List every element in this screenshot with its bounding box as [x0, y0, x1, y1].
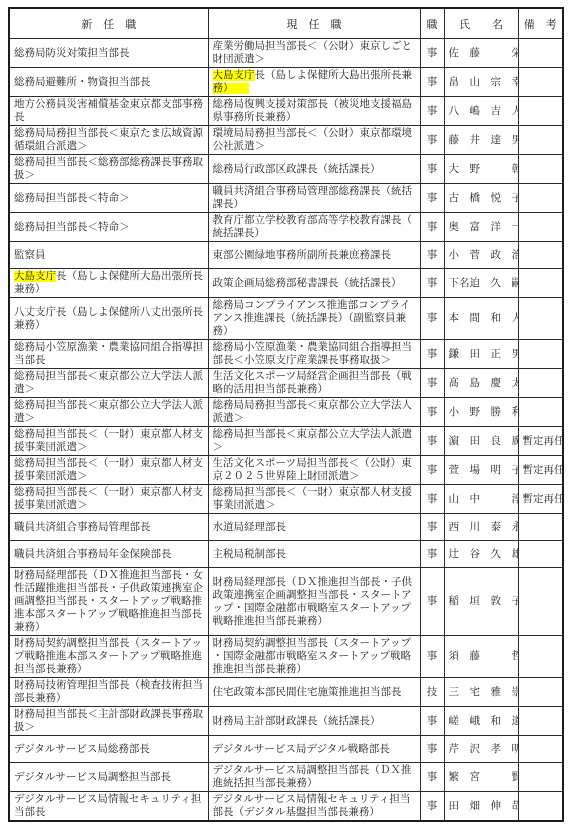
- text-segment: デジタルサービス局調整担当部長（ＤＸ推進統括担当部長兼務）: [213, 765, 412, 789]
- text-segment: デジタルサービス局デジタル戦略部長: [213, 744, 390, 755]
- note-cell: [518, 736, 563, 763]
- text-segment: 職員共済組合事務局年金保険部長: [14, 549, 172, 560]
- note-cell: [518, 792, 563, 822]
- current-post-cell: 財務局主計部財政課長（統括課長）: [208, 707, 420, 736]
- current-post-cell: 水道局経理部長: [208, 514, 420, 541]
- table-row: 総務局担当部長＜東京都公立大学法人派遣＞総務局局務担当部長＜東京都公立大学法人派…: [9, 398, 563, 427]
- current-post-cell: 教育庁都立学校教育部高等学校教育課長（統括課長）: [208, 213, 420, 242]
- rank-cell: 事: [420, 485, 444, 514]
- text-segment: 総務局避難所・物資担当部長: [14, 77, 151, 88]
- new-post-cell: 職員共済組合事務局年金保険部長: [9, 541, 208, 568]
- rank-cell: 事: [420, 155, 444, 184]
- name-cell: 繁 宮 賢: [444, 763, 518, 792]
- rank-cell: 事: [420, 568, 444, 636]
- header-current-post: 現 任 職: [208, 8, 420, 39]
- table-row: 八丈支庁長（島しよ保健所八丈出張所長兼務）総務局コンプライアンス推進部コンプライ…: [9, 298, 563, 340]
- text-segment: 東部公園緑地事務所副所長兼庶務課長: [213, 250, 392, 261]
- name-cell: 古 橋 悦 子: [444, 184, 518, 213]
- name-cell: 畠 山 宗 幸: [444, 68, 518, 97]
- new-post-cell: 監察員: [9, 242, 208, 269]
- note-cell: [518, 763, 563, 792]
- note-cell: [518, 242, 563, 269]
- text-segment: 総務局復興支援対策部長（被災地支援福島県事務所長兼務）: [213, 99, 413, 123]
- table-row: 総務局担当部長＜特命＞教育庁都立学校教育部高等学校教育課長（統括課長）事奥 富 …: [9, 213, 563, 242]
- highlighted-text: 大島支庁: [213, 70, 255, 81]
- rank-cell: 事: [420, 184, 444, 213]
- new-post-cell: 総務局小笠原漁業・農業協同組合指導担当部長: [9, 340, 208, 369]
- new-post-cell: 総務局担当部長＜（一財）東京都人材支援事業団派遣＞: [9, 427, 208, 456]
- table-row: 地方公務員災害補償基金東京都支部事務長総務局復興支援対策部長（被災地支援福島県事…: [9, 97, 563, 126]
- new-post-cell: 八丈支庁長（島しよ保健所八丈出張所長兼務）: [9, 298, 208, 340]
- current-post-cell: 生活文化スポーツ局経営企画担当部長（戦略的活用担当部長兼務）: [208, 369, 420, 398]
- text-segment: デジタルサービス局情報セキュリティ担当部長（デジタル基盤担当部長兼務）: [213, 794, 411, 818]
- current-post-cell: 総務局コンプライアンス推進部コンプライアンス推進課長（統括課長）（副監察員兼務）: [208, 298, 420, 340]
- rank-cell: 事: [420, 541, 444, 568]
- note-cell: [518, 340, 563, 369]
- rank-cell: 事: [420, 707, 444, 736]
- text-segment: 総務局担当部長＜総務部総務課長事務取扱＞: [14, 157, 203, 181]
- table-row: 財務局契約調整担当部長（スタートアップ戦略推進本部スタートアップ戦略推進担当部長…: [9, 636, 563, 678]
- name-cell: 辻 谷 久 雄: [444, 541, 518, 568]
- current-post-cell: 総務局行政部区政課長（統括課長）: [208, 155, 420, 184]
- current-post-cell: 職員共済組合事務局管理部総務課長（統括課長）: [208, 184, 420, 213]
- current-post-cell: 環境局局務担当部長＜（公財）東京都環境公社派遣＞: [208, 126, 420, 155]
- current-post-cell: 生活文化スポーツ局担当部長＜（公財）東京２０２５世界陸上財団派遣＞: [208, 456, 420, 485]
- current-post-cell: 財務局契約調整担当部長（スタートアップ・国際金融都市戦略室スタートアップ戦略推進…: [208, 636, 420, 678]
- current-post-cell: 財務局経理部長（ＤＸ推進担当部長・子供政策連携室企画調整担当部長・スタートアップ…: [208, 568, 420, 636]
- text-segment: 総務局局務担当部長＜東京たま広域資源循環組合派遣＞: [14, 128, 203, 152]
- note-cell: [518, 568, 563, 636]
- rank-cell: 事: [420, 398, 444, 427]
- name-cell: 西 川 泰 永: [444, 514, 518, 541]
- note-cell: [518, 369, 563, 398]
- new-post-cell: 財務局経理部長（ＤＸ推進担当部長・女性活躍推進担当部長・子供政策連携室企画調整担…: [9, 568, 208, 636]
- new-post-cell: デジタルサービス局情報セキュリティ担当部長: [9, 792, 208, 822]
- current-post-cell: デジタルサービス局調整担当部長（ＤＸ推進統括担当部長兼務）: [208, 763, 420, 792]
- header-rank: 職: [420, 8, 444, 39]
- rank-cell: 事: [420, 242, 444, 269]
- new-post-cell: 財務局契約調整担当部長（スタートアップ戦略推進本部スタートアップ戦略推進担当部長…: [9, 636, 208, 678]
- table-row: 総務局小笠原漁業・農業協同組合指導担当部長総務局小笠原漁業・農業協同組合指導担当…: [9, 340, 563, 369]
- text-segment: 総務局コンプライアンス推進部コンプライアンス推進課長（統括課長）（副監察員兼務）: [213, 300, 411, 337]
- rank-cell: 事: [420, 269, 444, 298]
- table-row: 総務局担当部長＜（一財）東京都人材支援事業団派遣＞生活文化スポーツ局担当部長＜（…: [9, 456, 563, 485]
- note-cell: [518, 126, 563, 155]
- name-cell: 八 嶋 吉 人: [444, 97, 518, 126]
- name-cell: 三 宅 雅 崇: [444, 678, 518, 707]
- table-row: 総務局避難所・物資担当部長大島支庁長（島しよ保健所大島出張所長兼務） 事畠 山 …: [9, 68, 563, 97]
- table-row: デジタルサービス局調整担当部長デジタルサービス局調整担当部長（ＤＸ推進統括担当部…: [9, 763, 563, 792]
- text-segment: 総務局局務担当部長＜東京都公立大学法人派遣＞: [213, 400, 413, 424]
- table-row: 財務局経理部長（ＤＸ推進担当部長・女性活躍推進担当部長・子供政策連携室企画調整担…: [9, 568, 563, 636]
- note-cell: 暫定再任用: [518, 427, 563, 456]
- text-segment: 財務局技術管理担当部長（検査技術担当部長兼務）: [14, 680, 203, 704]
- rank-cell: 事: [420, 369, 444, 398]
- rank-cell: 技: [420, 678, 444, 707]
- text-segment: 職員共済組合事務局管理部長: [14, 522, 151, 533]
- current-post-cell: 政策企画局総務部秘書課長（統括課長）: [208, 269, 420, 298]
- document-page: 新 任 職 現 任 職 職 氏 名 備 考 総務局防災対策担当部長産業労働局担当…: [0, 0, 569, 826]
- text-segment: デジタルサービス局情報セキュリティ担当部長: [14, 794, 201, 818]
- current-post-cell: デジタルサービス局デジタル戦略部長: [208, 736, 420, 763]
- name-cell: 須 藤 哲: [444, 636, 518, 678]
- rank-cell: 事: [420, 126, 444, 155]
- text-segment: 総務局防災対策担当部長: [14, 48, 130, 59]
- note-cell: [518, 97, 563, 126]
- text-segment: 総務局小笠原漁業・農業協同組合指導担当部長: [14, 342, 203, 366]
- text-segment: 総務局担当部長＜東京都公立大学法人派遣＞: [14, 400, 203, 424]
- new-post-cell: 総務局避難所・物資担当部長: [9, 68, 208, 97]
- text-segment: 長（島しよ保健所大島出張所長兼: [255, 70, 413, 81]
- text-segment: 財務局担当部長＜主計部財政課長事務取扱＞: [14, 709, 203, 733]
- name-cell: 小 菅 政 治: [444, 242, 518, 269]
- text-segment: 総務局担当部長＜（一財）東京都人材支援事業団派遣＞: [213, 487, 413, 511]
- name-cell: 髙 島 慶 太: [444, 369, 518, 398]
- rank-cell: 事: [420, 763, 444, 792]
- text-segment: 生活文化スポーツ局経営企画担当部長（戦略的活用担当部長兼務）: [213, 371, 412, 395]
- text-segment: 政策企画局総務部秘書課長（統括課長）: [213, 278, 402, 289]
- text-segment: 総務局担当部長＜（一財）東京都人材支援事業団派遣＞: [14, 487, 203, 511]
- text-segment: 環境局局務担当部長＜（公財）東京都環境公社派遣＞: [213, 128, 413, 152]
- header-name: 氏 名: [444, 8, 518, 39]
- new-post-cell: 総務局防災対策担当部長: [9, 39, 208, 68]
- text-segment: 財務局主計部財政課長（統括課長）: [213, 716, 381, 727]
- table-row: 総務局担当部長＜（一財）東京都人材支援事業団派遣＞総務局担当部長＜東京都公立大学…: [9, 427, 563, 456]
- note-cell: 暫定再任用: [518, 456, 563, 485]
- table-row: 総務局担当部長＜（一財）東京都人材支援事業団派遣＞総務局担当部長＜（一財）東京都…: [9, 485, 563, 514]
- new-post-cell: 総務局担当部長＜東京都公立大学法人派遣＞: [9, 369, 208, 398]
- name-cell: 稲 垣 敦 子: [444, 568, 518, 636]
- header-row: 新 任 職 現 任 職 職 氏 名 備 考: [9, 8, 563, 39]
- personnel-transfer-table: 新 任 職 現 任 職 職 氏 名 備 考 総務局防災対策担当部長産業労働局担当…: [8, 7, 564, 822]
- note-cell: [518, 707, 563, 736]
- note-cell: [518, 678, 563, 707]
- new-post-cell: 総務局担当部長＜特命＞: [9, 184, 208, 213]
- name-cell: 本 間 和 人: [444, 298, 518, 340]
- header-new-post: 新 任 職: [9, 8, 208, 39]
- text-segment: 主税局税制部長: [213, 549, 287, 560]
- current-post-cell: 総務局復興支援対策部長（被災地支援福島県事務所長兼務）: [208, 97, 420, 126]
- new-post-cell: 財務局技術管理担当部長（検査技術担当部長兼務）: [9, 678, 208, 707]
- highlighted-text: 務）: [213, 83, 250, 94]
- note-cell: [518, 541, 563, 568]
- name-cell: 山 中 淳: [444, 485, 518, 514]
- new-post-cell: 職員共済組合事務局管理部長: [9, 514, 208, 541]
- rank-cell: 事: [420, 340, 444, 369]
- rank-cell: 事: [420, 97, 444, 126]
- rank-cell: 事: [420, 213, 444, 242]
- rank-cell: 事: [420, 514, 444, 541]
- current-post-cell: 総務局小笠原漁業・農業協同組合指導担当部長＜小笠原支庁産業課長事務取扱＞: [208, 340, 420, 369]
- text-segment: 八丈支庁長（島しよ保健所八丈出張所長兼務）: [14, 307, 203, 331]
- rank-cell: 事: [420, 39, 444, 68]
- table-row: 職員共済組合事務局年金保険部長主税局税制部長事辻 谷 久 雄: [9, 541, 563, 568]
- text-segment: デジタルサービス局総務部長: [14, 744, 150, 755]
- new-post-cell: 総務局局務担当部長＜東京たま広域資源循環組合派遣＞: [9, 126, 208, 155]
- note-cell: [518, 68, 563, 97]
- name-cell: 鎌 田 正 男: [444, 340, 518, 369]
- rank-cell: 事: [420, 636, 444, 678]
- text-segment: 職員共済組合事務局管理部総務課長（統括課長）: [213, 186, 413, 210]
- name-cell: 濵 田 良 廣: [444, 427, 518, 456]
- rank-cell: 事: [420, 427, 444, 456]
- table-row: 総務局担当部長＜東京都公立大学法人派遣＞生活文化スポーツ局経営企画担当部長（戦略…: [9, 369, 563, 398]
- note-cell: [518, 269, 563, 298]
- table-row: 総務局局務担当部長＜東京たま広域資源循環組合派遣＞環境局局務担当部長＜（公財）東…: [9, 126, 563, 155]
- new-post-cell: デジタルサービス局調整担当部長: [9, 763, 208, 792]
- table-row: 大島支庁長（島しよ保健所大島出張所長兼務）政策企画局総務部秘書課長（統括課長）事…: [9, 269, 563, 298]
- name-cell: 佐 藤 栄: [444, 39, 518, 68]
- note-cell: [518, 514, 563, 541]
- name-cell: 芹 沢 孝 明: [444, 736, 518, 763]
- rank-cell: 事: [420, 736, 444, 763]
- table-row: 総務局担当部長＜特命＞職員共済組合事務局管理部総務課長（統括課長）事古 橋 悦 …: [9, 184, 563, 213]
- header-note: 備 考: [518, 8, 563, 39]
- rank-cell: 事: [420, 456, 444, 485]
- new-post-cell: 総務局担当部長＜（一財）東京都人材支援事業団派遣＞: [9, 485, 208, 514]
- name-cell: 小 野 勝 利: [444, 398, 518, 427]
- new-post-cell: デジタルサービス局総務部長: [9, 736, 208, 763]
- highlighted-text: 大島支庁: [14, 271, 56, 282]
- text-segment: 総務局行政部区政課長（統括課長）: [213, 164, 381, 175]
- text-segment: 教育庁都立学校教育部高等学校教育課長（統括課長）: [213, 215, 413, 239]
- text-segment: 水道局経理部長: [213, 522, 287, 533]
- text-segment: 総務局担当部長＜特命＞: [14, 193, 130, 204]
- new-post-cell: 総務局担当部長＜東京都公立大学法人派遣＞: [9, 398, 208, 427]
- current-post-cell: 主税局税制部長: [208, 541, 420, 568]
- text-segment: 総務局担当部長＜東京都公立大学法人派遣＞: [213, 429, 413, 453]
- text-segment: 財務局契約調整担当部長（スタートアップ・国際金融都市戦略室スタートアップ戦略推進…: [213, 638, 411, 675]
- note-cell: [518, 39, 563, 68]
- rank-cell: 事: [420, 68, 444, 97]
- name-cell: 萱 場 明 子: [444, 456, 518, 485]
- new-post-cell: 総務局担当部長＜（一財）東京都人材支援事業団派遣＞: [9, 456, 208, 485]
- new-post-cell: 地方公務員災害補償基金東京都支部事務長: [9, 97, 208, 126]
- new-post-cell: 財務局担当部長＜主計部財政課長事務取扱＞: [9, 707, 208, 736]
- rank-cell: 事: [420, 298, 444, 340]
- note-cell: 暫定再任用: [518, 485, 563, 514]
- note-cell: [518, 398, 563, 427]
- current-post-cell: 総務局担当部長＜（一財）東京都人材支援事業団派遣＞: [208, 485, 420, 514]
- text-segment: 産業労働局担当部長＜（公財）東京しごと財団派遣＞: [213, 41, 413, 65]
- new-post-cell: 大島支庁長（島しよ保健所大島出張所長兼務）: [9, 269, 208, 298]
- text-segment: 総務局小笠原漁業・農業協同組合指導担当部長＜小笠原支庁産業課長事務取扱＞: [213, 342, 413, 366]
- new-post-cell: 総務局担当部長＜総務部総務課長事務取扱＞: [9, 155, 208, 184]
- text-segment: 財務局経理部長（ＤＸ推進担当部長・女性活躍推進担当部長・子供政策連携室企画調整担…: [14, 570, 203, 633]
- note-cell: [518, 213, 563, 242]
- name-cell: 下名迫 久 嗣: [444, 269, 518, 298]
- rank-cell: 事: [420, 792, 444, 822]
- table-row: デジタルサービス局総務部長デジタルサービス局デジタル戦略部長事芹 沢 孝 明: [9, 736, 563, 763]
- new-post-cell: 総務局担当部長＜特命＞: [9, 213, 208, 242]
- note-cell: [518, 155, 563, 184]
- current-post-cell: 東部公園緑地事務所副所長兼庶務課長: [208, 242, 420, 269]
- text-segment: 財務局契約調整担当部長（スタートアップ戦略推進本部スタートアップ戦略推進担当部長…: [14, 638, 202, 675]
- note-cell: [518, 298, 563, 340]
- text-segment: 地方公務員災害補償基金東京都支部事務長: [14, 99, 203, 123]
- text-segment: 総務局担当部長＜特命＞: [14, 222, 130, 233]
- text-segment: 総務局担当部長＜（一財）東京都人材支援事業団派遣＞: [14, 458, 203, 482]
- current-post-cell: 住宅政策本部民間住宅施策推進担当部長: [208, 678, 420, 707]
- name-cell: 嵯 峨 和 道: [444, 707, 518, 736]
- note-cell: [518, 636, 563, 678]
- text-segment: 住宅政策本部民間住宅施策推進担当部長: [213, 687, 402, 698]
- table-row: 財務局担当部長＜主計部財政課長事務取扱＞財務局主計部財政課長（統括課長）事嵯 峨…: [9, 707, 563, 736]
- text-segment: 監察員: [14, 250, 46, 261]
- text-segment: 生活文化スポーツ局担当部長＜（公財）東京２０２５世界陸上財団派遣＞: [213, 458, 412, 482]
- table-row: 監察員東部公園緑地事務所副所長兼庶務課長事小 菅 政 治: [9, 242, 563, 269]
- text-segment: 総務局担当部長＜東京都公立大学法人派遣＞: [14, 371, 203, 395]
- table-body: 総務局防災対策担当部長産業労働局担当部長＜（公財）東京しごと財団派遣＞事佐 藤 …: [9, 39, 563, 822]
- current-post-cell: 総務局担当部長＜東京都公立大学法人派遣＞: [208, 427, 420, 456]
- current-post-cell: デジタルサービス局情報セキュリティ担当部長（デジタル基盤担当部長兼務）: [208, 792, 420, 822]
- note-cell: [518, 184, 563, 213]
- text-segment: 財務局経理部長（ＤＸ推進担当部長・子供政策連携室企画調整担当部長・スタートアップ…: [213, 577, 413, 627]
- name-cell: 藤 井 達 男: [444, 126, 518, 155]
- text-segment: 総務局担当部長＜（一財）東京都人材支援事業団派遣＞: [14, 429, 203, 453]
- table-row: 総務局防災対策担当部長産業労働局担当部長＜（公財）東京しごと財団派遣＞事佐 藤 …: [9, 39, 563, 68]
- current-post-cell: 大島支庁長（島しよ保健所大島出張所長兼務）: [208, 68, 420, 97]
- table-row: 職員共済組合事務局管理部長水道局経理部長事西 川 泰 永: [9, 514, 563, 541]
- name-cell: 大 野 彰: [444, 155, 518, 184]
- name-cell: 奥 富 洋 一: [444, 213, 518, 242]
- text-segment: デジタルサービス局調整担当部長: [14, 772, 171, 783]
- table-row: 総務局担当部長＜総務部総務課長事務取扱＞総務局行政部区政課長（統括課長）事大 野…: [9, 155, 563, 184]
- current-post-cell: 産業労働局担当部長＜（公財）東京しごと財団派遣＞: [208, 39, 420, 68]
- table-row: 財務局技術管理担当部長（検査技術担当部長兼務）住宅政策本部民間住宅施策推進担当部…: [9, 678, 563, 707]
- name-cell: 田 畑 伸 哉: [444, 792, 518, 822]
- table-row: デジタルサービス局情報セキュリティ担当部長デジタルサービス局情報セキュリティ担当…: [9, 792, 563, 822]
- current-post-cell: 総務局局務担当部長＜東京都公立大学法人派遣＞: [208, 398, 420, 427]
